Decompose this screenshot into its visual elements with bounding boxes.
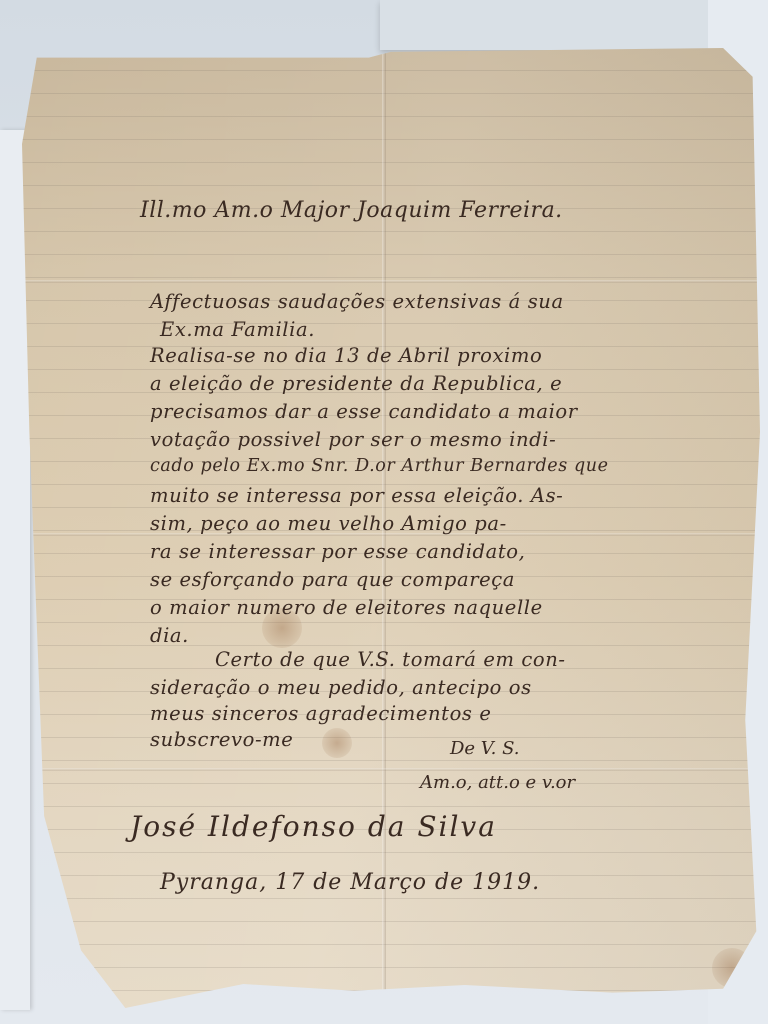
body-line: subscrevo-me (150, 728, 293, 751)
body-line: Realisa-se no dia 13 de Abril proximo (150, 344, 542, 367)
horizontal-fold-crease (22, 768, 760, 771)
body-line: Affectuosas saudações extensivas á sua (150, 290, 564, 313)
letter-salutation: Ill.mo Am.o Major Joaquim Ferreira. (140, 198, 563, 223)
body-line: dia. (150, 624, 189, 647)
body-line: Certo de que V.S. tomará em con- (215, 648, 566, 671)
body-line: precisamos dar a esse candidato a maior (150, 400, 578, 423)
body-line: sideração o meu pedido, antecipo os (150, 676, 532, 699)
body-line: sim, peço ao meu velho Amigo pa- (150, 512, 507, 535)
body-line: muito se interessa por essa eleição. As- (150, 484, 563, 507)
place-date-line: Pyranga, 17 de Março de 1919. (160, 870, 540, 895)
body-line: cado pelo Ex.mo Snr. D.or Arthur Bernard… (150, 456, 609, 476)
closing-line: De V. S. (450, 738, 520, 759)
body-line: votação possivel por ser o mesmo indi- (150, 428, 556, 451)
body-line: o maior numero de eleitores naquelle (150, 596, 543, 619)
body-line: Ex.ma Familia. (160, 318, 315, 341)
closing-line: Am.o, att.o e v.or (420, 772, 575, 793)
body-line: se esforçando para que compareça (150, 568, 515, 591)
age-stain (322, 728, 352, 758)
body-line: ra se interessar por esse candidato, (150, 540, 525, 563)
signature: José Ildefonso da Silva (130, 810, 497, 843)
body-line: meus sinceros agradecimentos e (150, 702, 491, 725)
backing-card (380, 0, 710, 50)
body-line: a eleição de presidente da Republica, e (150, 372, 562, 395)
horizontal-fold-crease (22, 280, 760, 283)
